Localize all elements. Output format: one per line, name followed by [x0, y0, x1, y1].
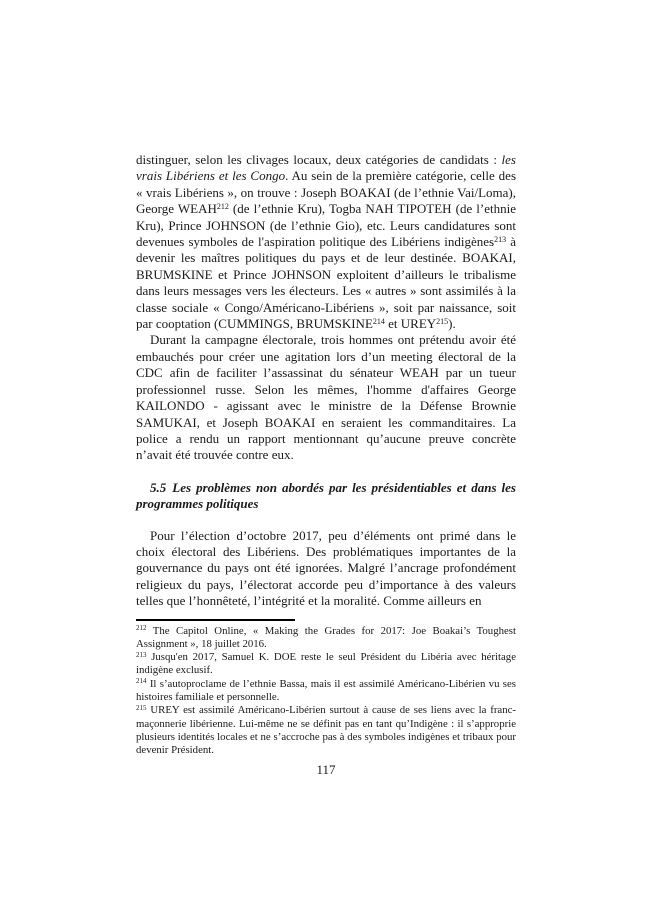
section-heading: 5.5Les problèmes non abordés par les pré… — [136, 480, 516, 513]
paragraph-3: Pour l’élection d’octobre 2017, peu d’él… — [136, 528, 516, 610]
footnote-215: 215 UREY est assimilé Américano-Libérien… — [136, 704, 516, 757]
footnote-number: 215 — [136, 704, 147, 712]
footnote-ref-214: 214 — [373, 317, 385, 326]
footnote-ref-212: 212 — [217, 202, 229, 211]
footnote-212: 212 The Capitol Online, « Making the Gra… — [136, 625, 516, 652]
footnote-ref-215: 215 — [436, 317, 448, 326]
footnote-text: UREY est assimilé Américano-Libérien sur… — [136, 704, 516, 756]
paragraph-1: distinguer, selon les clivages locaux, d… — [136, 152, 516, 332]
document-page: distinguer, selon les clivages locaux, d… — [0, 0, 650, 920]
text-block: distinguer, selon les clivages locaux, d… — [136, 152, 516, 758]
footnote-213: 213 Jusqu'en 2017, Samuel K. DOE reste l… — [136, 651, 516, 678]
footnote-number: 214 — [136, 677, 147, 685]
footnote-text: Il s’autoproclame de l’ethnie Bassa, mai… — [136, 678, 516, 703]
footnote-214: 214 Il s’autoproclame de l’ethnie Bassa,… — [136, 678, 516, 705]
page-number: 117 — [136, 762, 516, 778]
section-title: Les problèmes non abordés par les présid… — [136, 480, 516, 511]
footnote-number: 213 — [136, 651, 147, 659]
footnote-text: The Capitol Online, « Making the Grades … — [136, 625, 516, 650]
footnotes-section: 212 The Capitol Online, « Making the Gra… — [136, 625, 516, 758]
body-text: ). — [448, 316, 456, 331]
section-number: 5.5 — [150, 480, 166, 495]
body-text: distinguer, selon les clivages locaux, d… — [136, 152, 502, 167]
footnote-number: 212 — [136, 624, 147, 632]
footnote-ref-213: 213 — [494, 235, 506, 244]
footnote-separator — [136, 619, 295, 621]
paragraph-2: Durant la campagne électorale, trois hom… — [136, 332, 516, 463]
body-text: et UREY — [385, 316, 436, 331]
footnote-text: Jusqu'en 2017, Samuel K. DOE reste le se… — [136, 651, 516, 676]
